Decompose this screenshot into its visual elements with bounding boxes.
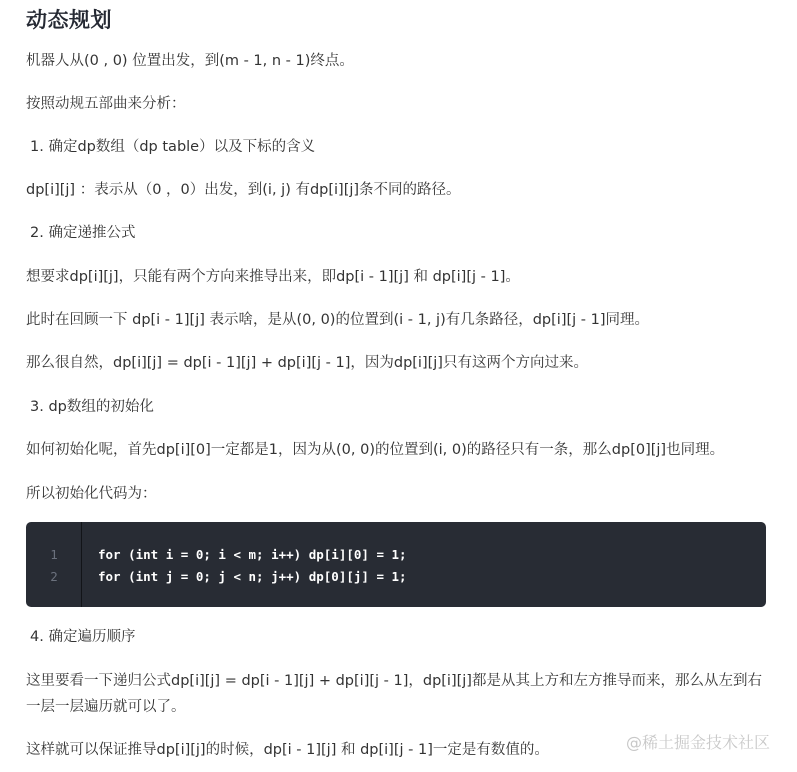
code-line: for (int j = 0; j < n; j++) dp[0][j] = 1… xyxy=(98,569,407,584)
step3-title: 3. dp数组的初始化 xyxy=(30,396,154,418)
step2-body-3: 那么很自然，dp[i][j] = dp[i - 1][j] + dp[i][j … xyxy=(26,352,588,374)
article: 动态规划 机器人从(0 , 0) 位置出发，到(m - 1, n - 1)终点。… xyxy=(0,0,797,772)
method-paragraph: 按照动规五部曲来分析： xyxy=(26,93,186,115)
line-number: 2 xyxy=(26,569,82,584)
step3-body-1: 如何初始化呢，首先dp[i][0]一定都是1，因为从(0, 0)的位置到(i, … xyxy=(26,439,724,461)
step4-body-2: 这样就可以保证推导dp[i][j]的时候，dp[i - 1][j] 和 dp[i… xyxy=(26,739,549,761)
line-number-gutter: 1 2 xyxy=(26,522,82,607)
step1-title: 1. 确定dp数组（dp table）以及下标的含义 xyxy=(30,136,315,158)
step4-body-1: 这里要看一下递归公式dp[i][j] = dp[i - 1][j] + dp[i… xyxy=(26,668,771,720)
code-block[interactable]: 1 2 for (int i = 0; i < m; i++) dp[i][0]… xyxy=(26,522,766,607)
section-heading: 动态规划 xyxy=(26,4,112,34)
step4-title: 4. 确定遍历顺序 xyxy=(30,626,135,648)
code-line: for (int i = 0; i < m; i++) dp[i][0] = 1… xyxy=(98,547,407,562)
line-number: 1 xyxy=(26,547,82,562)
step2-title: 2. 确定递推公式 xyxy=(30,222,135,244)
intro-paragraph: 机器人从(0 , 0) 位置出发，到(m - 1, n - 1)终点。 xyxy=(26,50,354,72)
step2-body-2: 此时在回顾一下 dp[i - 1][j] 表示啥，是从(0, 0)的位置到(i … xyxy=(26,309,649,331)
step2-body-1: 想要求dp[i][j]，只能有两个方向来推导出来，即dp[i - 1][j] 和… xyxy=(26,266,520,288)
watermark: @稀土掘金技术社区 xyxy=(626,730,770,753)
step1-body: dp[i][j] ：表示从（0 ，0）出发，到(i, j) 有dp[i][j]条… xyxy=(26,179,461,201)
step3-body-2: 所以初始化代码为： xyxy=(26,483,157,505)
